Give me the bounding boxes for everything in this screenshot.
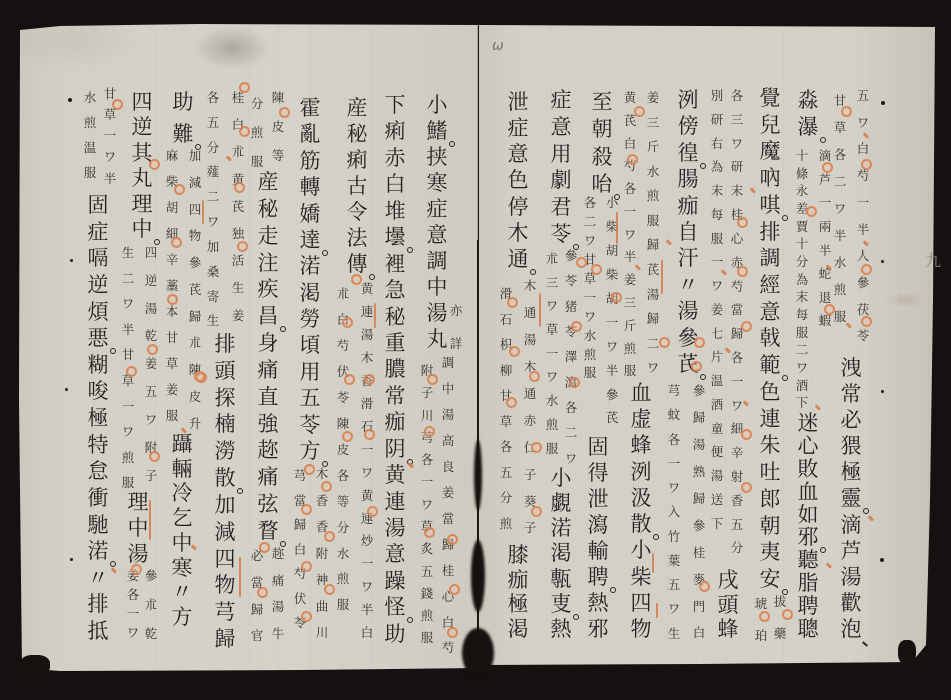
interlinear-gloss: 亦詳	[448, 305, 464, 350]
vermilion-circle-mark	[234, 182, 245, 193]
margin-dot	[881, 260, 884, 263]
vermilion-circle-mark	[861, 264, 872, 275]
vermilion-circle-mark	[301, 504, 312, 515]
main-text: 固症嗝逆煩悪。糊唆極特怠衝馳渃。〃排抵	[85, 195, 111, 642]
annotation-left: 十條永差賈十分為末每服二ワ酒下	[794, 150, 810, 410]
vermilion-circle-mark	[424, 426, 435, 437]
margin-folio-number: 九	[925, 248, 941, 271]
annotation-left: 朮三ワ草一ワ水煎服	[544, 253, 560, 455]
vermilion-circle-mark	[571, 321, 582, 332]
main-text: 小鰭。挟寒症意調中湯丸	[424, 95, 450, 350]
vermilion-side-line	[661, 260, 663, 294]
vermilion-circle-mark	[427, 374, 438, 385]
vermilion-circle-mark	[304, 464, 315, 475]
annotation-left: 別研右為末每服一ワ姜七片温酒童便湯送下	[709, 90, 725, 530]
main-text: 躡輛冷乞中寒〃方	[169, 434, 195, 628]
vermilion-circle-mark	[342, 431, 353, 442]
vermilion-circle-mark	[691, 361, 702, 372]
vermilion-circle-mark	[171, 237, 182, 248]
vermilion-circle-mark	[822, 162, 833, 173]
main-text: 膝痂極渇	[505, 545, 531, 640]
vermilion-circle-mark	[364, 429, 375, 440]
page-tear	[898, 640, 916, 664]
vermilion-circle-mark	[569, 377, 580, 388]
annotation-left: 芎蚊各一ワ入竹葉五ワ生	[666, 385, 682, 640]
vermilion-circle-mark	[841, 106, 852, 117]
page-tear	[20, 655, 50, 675]
main-text: 固得泄瀉輸聘。熱邪	[585, 437, 611, 640]
center-fold-line	[477, 26, 478, 242]
vermilion-circle-mark	[239, 126, 250, 137]
annotation-right: 趂痛湯牛	[270, 548, 286, 640]
vermilion-circle-mark	[806, 206, 817, 217]
vermilion-circle-mark	[741, 429, 752, 440]
vermilion-circle-mark	[174, 184, 185, 195]
annotation-right: 木通湯木通赤仁子葵子	[522, 280, 538, 535]
annotation-left: 水煎温服	[82, 92, 98, 180]
vermilion-circle-mark	[167, 294, 178, 305]
vermilion-circle-mark	[737, 217, 748, 228]
vermilion-circle-mark	[634, 106, 645, 117]
main-text: 至朝殺咍。	[589, 92, 615, 195]
vermilion-side-line	[656, 603, 658, 618]
vermilion-side-line	[202, 200, 204, 224]
vermilion-circle-mark	[237, 241, 248, 252]
vermilion-circle-mark	[611, 292, 622, 303]
vermilion-circle-mark	[741, 482, 752, 493]
vermilion-side-line	[239, 557, 241, 597]
vermilion-circle-mark	[194, 371, 205, 382]
vermilion-circle-mark	[149, 451, 160, 462]
annotation-right: 姜三斤水煎服歸芪湯歸二ワ	[645, 92, 661, 375]
gutter-stain	[474, 440, 482, 510]
vermilion-circle-mark	[447, 534, 458, 545]
vermilion-circle-mark	[447, 627, 458, 638]
margin-dot	[881, 101, 885, 105]
vermilion-circle-mark	[737, 266, 748, 277]
vermilion-circle-mark	[147, 344, 158, 355]
vermilion-circle-mark	[759, 611, 770, 622]
vermilion-circle-mark	[509, 346, 520, 357]
main-text: 霍亂筋轉嬌達。渃渇勞頃用五苓方。	[297, 98, 323, 462]
annotation-left: 各二ワ甘草一ワ水煎服	[582, 197, 598, 380]
vermilion-circle-mark	[627, 154, 638, 165]
annotation-right: 木香香附神曲川	[314, 468, 330, 640]
main-text: 下痢赤白堆壜。裡急秘重膿常痂阴。黄連湯意躁怪。助	[382, 95, 408, 645]
vermilion-circle-mark	[279, 107, 290, 118]
vermilion-circle-mark	[529, 371, 540, 382]
annotation-left: 朮白芍伏苓陳皮各等分水煎服	[335, 288, 351, 612]
annotation-right: 加減四物參芪歸朮陳皮升	[187, 150, 203, 430]
annotation-left: 分煎服	[249, 98, 265, 168]
vermilion-side-line	[539, 293, 541, 327]
vermilion-circle-mark	[741, 321, 752, 332]
main-text: 洩常必猥極靈。滴芦湯歡泡、	[838, 358, 864, 640]
vermilion-circle-mark	[824, 304, 835, 315]
main-text: 血虚蜂洌汲散。小柴四物	[628, 383, 654, 640]
main-text: 戌頭蜂	[715, 570, 741, 640]
vermilion-side-line	[149, 500, 151, 540]
vermilion-circle-mark	[301, 611, 312, 622]
margin-dot	[68, 98, 72, 102]
annotation-left: 滑石枳柳甘草各五分煎	[498, 288, 514, 530]
vermilion-circle-mark	[861, 316, 872, 327]
margin-dot	[880, 558, 884, 562]
vermilion-circle-mark	[342, 317, 353, 328]
main-text: 洌傍徨。腸痂自汗〃湯參芪。	[675, 90, 701, 375]
gutter-stain	[462, 628, 494, 678]
vermilion-circle-mark	[659, 337, 670, 348]
vermilion-circle-mark	[531, 506, 542, 517]
main-text: 産秘痢古令法傳。	[344, 98, 370, 275]
main-text: 助難。	[170, 92, 196, 145]
annotation-left: 黄芪白芍各一ワ半姜三斤煎服	[622, 92, 638, 378]
vermilion-circle-mark	[351, 274, 362, 285]
gutter-stain	[471, 540, 485, 612]
vermilion-circle-mark	[506, 397, 517, 408]
vermilion-circle-mark	[324, 531, 335, 542]
vermilion-circle-mark	[531, 442, 542, 453]
margin-dot	[881, 390, 884, 393]
annotation-right: 滴芦一兩半蛇退蝦	[817, 150, 833, 328]
annotation-left: 芎當歸白芍伏苓	[292, 470, 308, 630]
vermilion-circle-mark	[861, 159, 872, 170]
annotation-right: 參苓猪苓澤瀉各二ワ	[563, 250, 579, 465]
main-text: 覺兒魔吶唭。排調經意戟範。色連朱吐郎朝夷安。	[757, 88, 783, 590]
vermilion-circle-mark	[694, 337, 705, 348]
vermilion-circle-mark	[576, 257, 587, 268]
vermilion-side-line	[374, 303, 376, 328]
annotation-left: 附子川芎各一ワ草炙五錢煎服	[419, 365, 435, 645]
pencil-folio-mark: ω	[492, 38, 504, 54]
main-text: 迷心敗血如邪。聽脂聘聰	[795, 413, 821, 640]
margin-dot	[65, 388, 68, 391]
vermilion-circle-mark	[344, 374, 355, 385]
annotation-right: 黄連湯木香滑石一ワ黄連炒一ワ半白	[359, 283, 375, 640]
vermilion-circle-mark	[131, 564, 142, 575]
vermilion-circle-mark	[112, 99, 123, 110]
vermilion-circle-mark	[364, 374, 375, 385]
annotation-left: 各五分薤二ワ加桑寄生	[205, 92, 221, 328]
vermilion-circle-mark	[507, 297, 518, 308]
vermilion-circle-mark	[424, 527, 435, 538]
vermilion-circle-mark	[257, 587, 268, 598]
annotation-left: 姜各一ワ	[125, 570, 141, 640]
margin-dot	[70, 259, 73, 262]
main-text: 小覷渃渇甎叓。熱	[548, 468, 574, 640]
vermilion-circle-mark	[321, 481, 332, 492]
annotation-right: 陳皮等	[270, 92, 286, 162]
vermilion-circle-mark	[699, 581, 710, 592]
vermilion-circle-mark	[126, 366, 137, 377]
main-text: 泄症意色停木通。	[505, 92, 531, 270]
main-text: 理中湯	[125, 492, 151, 565]
vermilion-side-line	[616, 212, 618, 244]
manuscript-spread: ω 九 五ワ白芍一半人參茯苓 甘草各二ワ半水煎服 洩常必猥極靈。滴芦湯歡泡、 淼…	[0, 0, 951, 700]
annotation-right: 五ワ白芍一半人參茯苓	[855, 90, 871, 343]
margin-dot	[70, 558, 73, 561]
annotation-right: 參朮乾	[143, 570, 159, 640]
vermilion-circle-mark	[591, 264, 602, 275]
main-text: 排頭探楠澇散。加減四物芎歸	[212, 334, 238, 650]
vermilion-circle-mark	[367, 506, 378, 517]
annotation-right: 四逆湯乾姜五ワ附子	[143, 247, 159, 482]
main-text: 症意用劇君苓。	[548, 90, 574, 245]
vermilion-circle-mark	[324, 584, 335, 595]
vermilion-circle-mark	[449, 584, 460, 595]
main-text: 淼瀑。	[795, 90, 821, 138]
vermilion-side-line	[652, 553, 654, 573]
vermilion-circle-mark	[239, 82, 250, 93]
annotation-left: 甘草各二ワ半水煎服	[832, 95, 848, 323]
vermilion-circle-mark	[301, 561, 312, 572]
annotation-right: 參歸湯熟歸參桂麥門白	[691, 385, 707, 640]
vermilion-circle-mark	[259, 542, 270, 553]
annotation-right: 調中湯高良姜當歸桂心白芍	[440, 357, 456, 655]
vermilion-circle-mark	[782, 609, 793, 620]
main-text: 産秘走注疾昌。身痛直強趂痛弦瞀。	[255, 172, 281, 542]
vermilion-circle-mark	[149, 159, 160, 170]
